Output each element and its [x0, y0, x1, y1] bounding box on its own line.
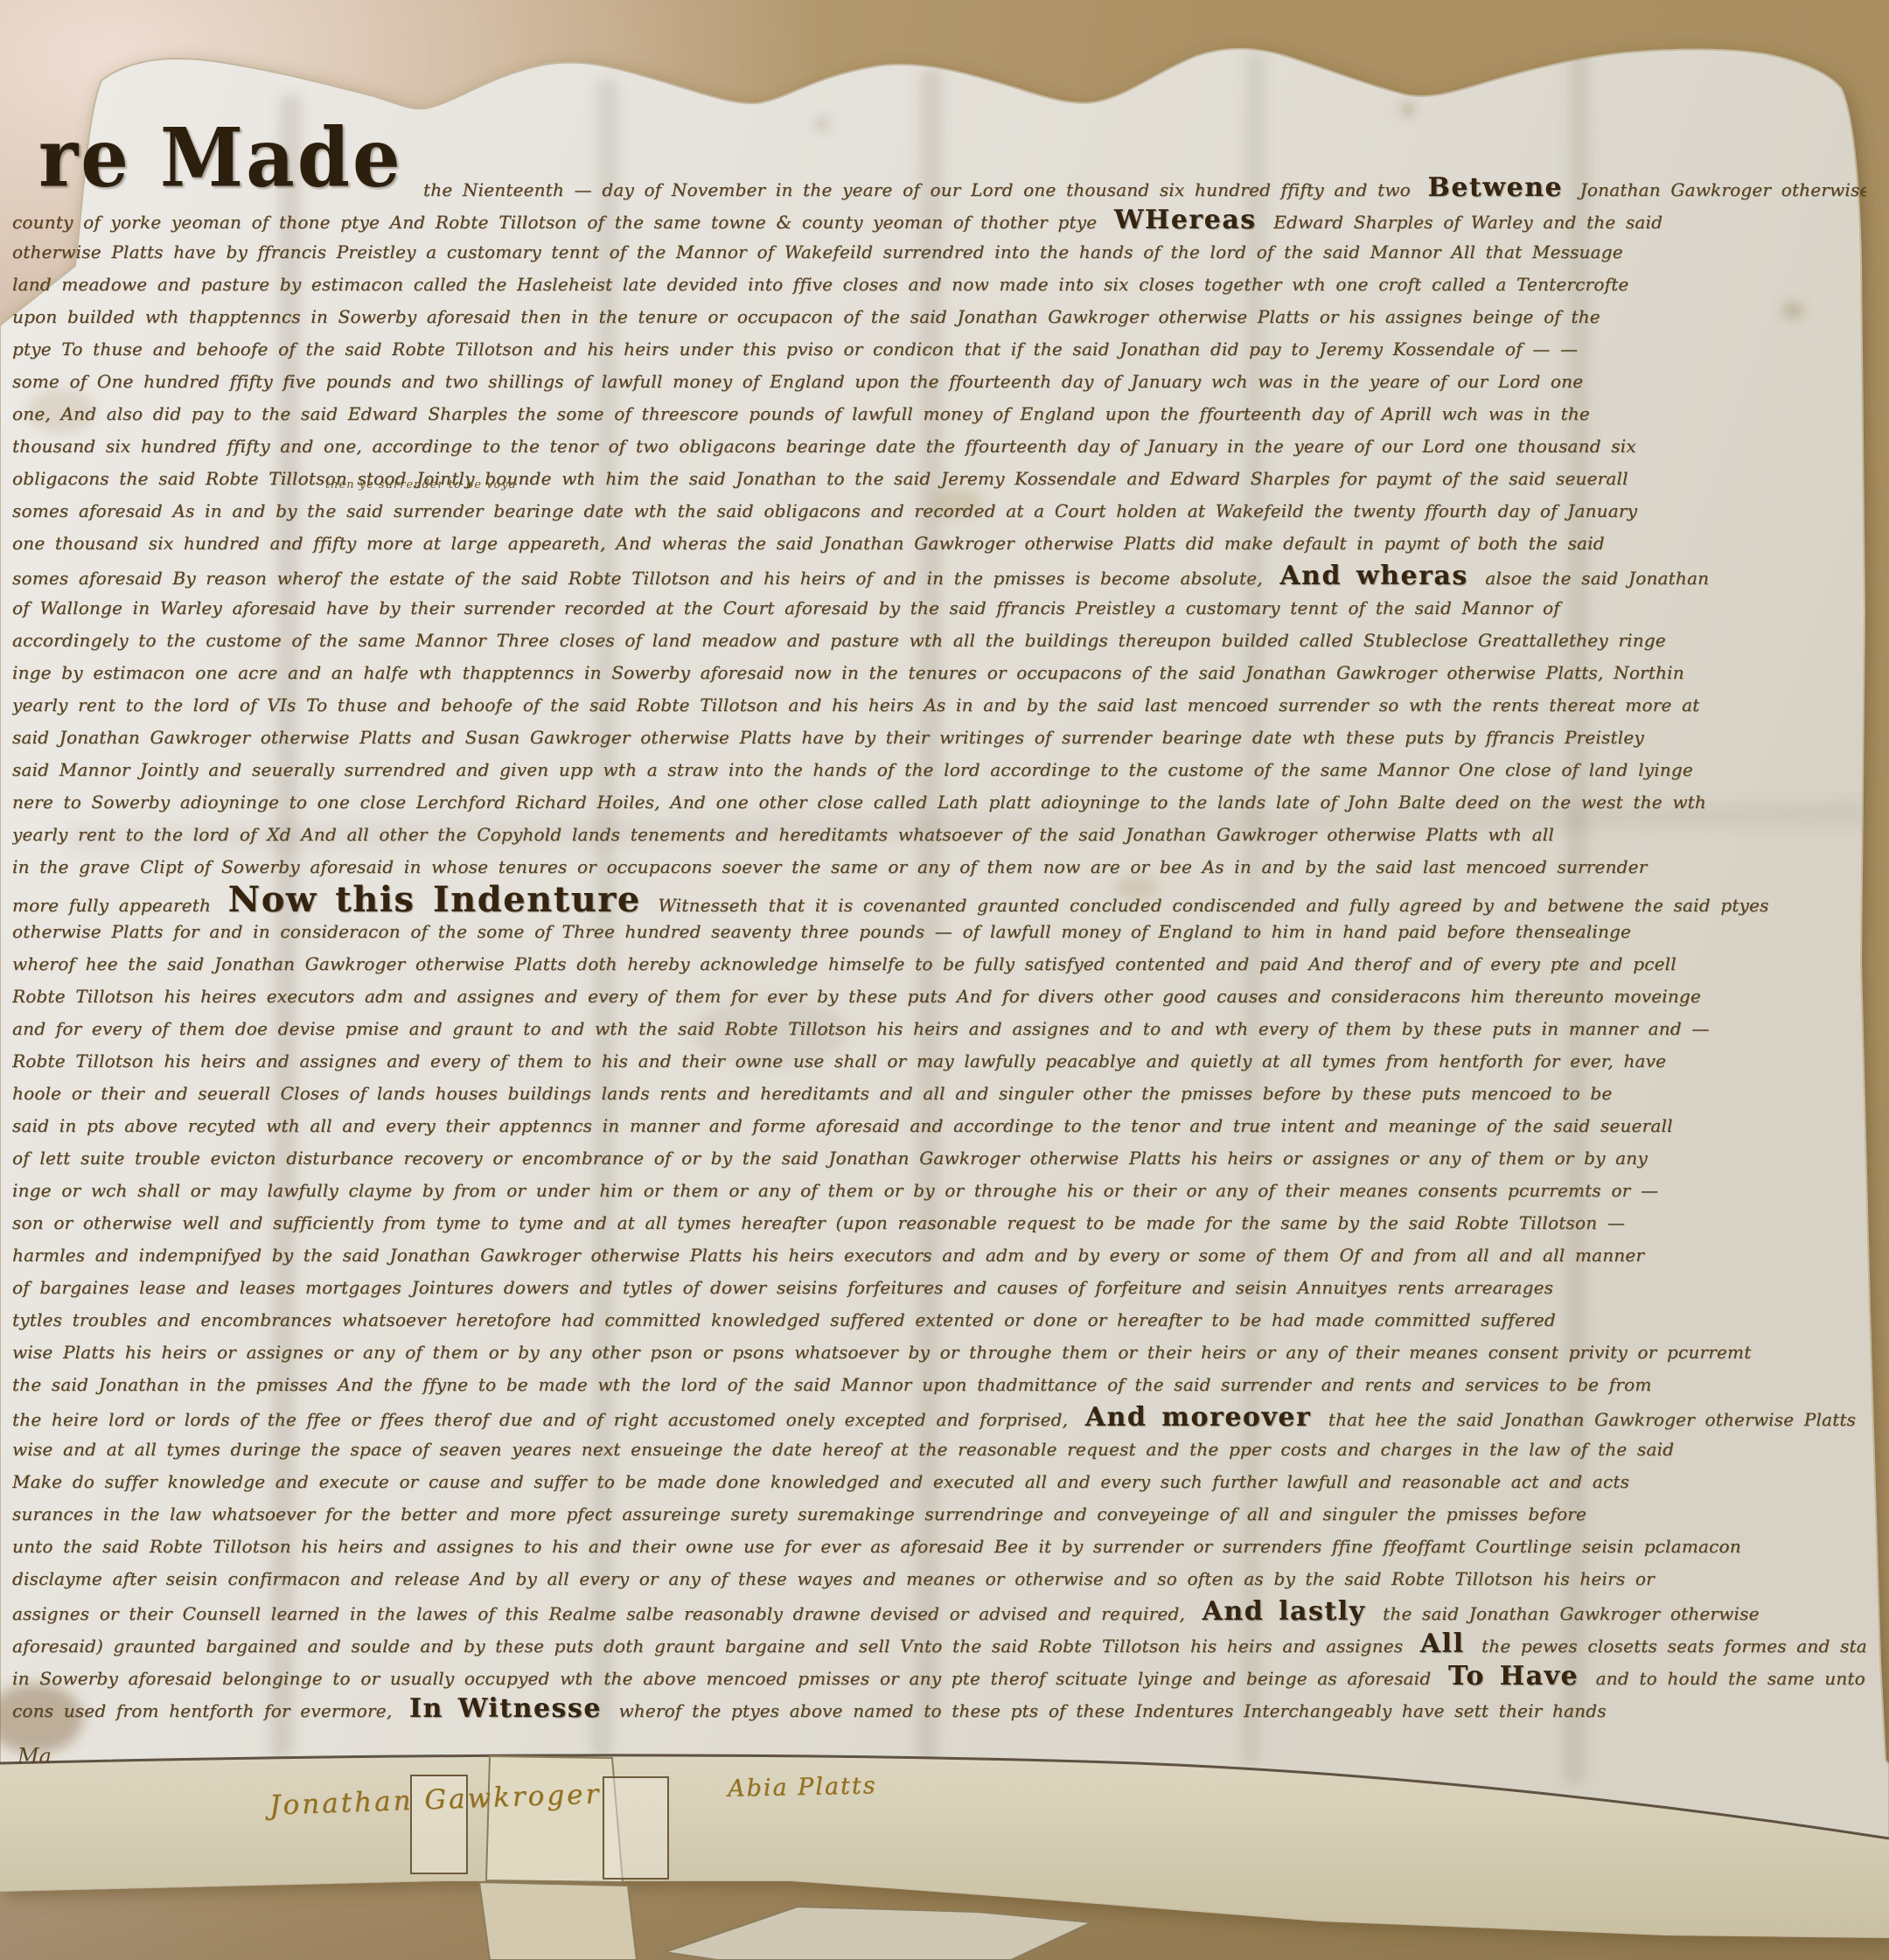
- manuscript-line: wherof hee the said Jonathan Gawkroger o…: [12, 948, 1866, 980]
- script-text: some of One hundred ffifty five pounds a…: [12, 371, 1583, 392]
- manuscript-line: unto the said Robte Tillotson his heirs …: [12, 1531, 1866, 1563]
- script-text: yearly rent to the lord of VIs To thuse …: [12, 694, 1699, 715]
- script-text: more fully appeareth: [12, 895, 221, 916]
- manuscript-line: otherwise Platts have by ffrancis Preist…: [12, 236, 1866, 269]
- script-text: said Mannor Jointly and seuerally surren…: [12, 759, 1693, 780]
- script-text: hoole or their and seuerall Closes of la…: [12, 1083, 1612, 1104]
- script-text: somes aforesaid As in and by the said su…: [12, 500, 1637, 521]
- script-text: of lett suite trouble evicton disturbanc…: [12, 1147, 1648, 1168]
- manuscript-line: of bargaines lease and leases mortgages …: [12, 1272, 1866, 1304]
- manuscript-line: Make do suffer knowledge and execute or …: [12, 1466, 1866, 1498]
- script-text: of Wallonge in Warley aforesaid have by …: [12, 597, 1560, 618]
- script-text: land meadowe and pasture by estimacon ca…: [12, 274, 1628, 295]
- manuscript-line: more fully appeareth Now this Indenture …: [12, 883, 1866, 916]
- manuscript-line: said Mannor Jointly and seuerally surren…: [12, 754, 1866, 786]
- script-text: otherwise Platts for and in consideracon…: [12, 921, 1631, 942]
- script-text: upon builded wth thapptenncs in Sowerby …: [12, 306, 1600, 327]
- script-text: the said Jonathan in the pmisses And the…: [12, 1374, 1652, 1395]
- script-text: obligacons the said Robte Tillotson stoo…: [12, 468, 1628, 489]
- script-text: county of yorke yeoman of thone ptye And…: [12, 212, 1107, 233]
- blackletter-word: Betwene: [1420, 172, 1570, 203]
- manuscript-line: and for every of them doe devise pmise a…: [12, 1013, 1866, 1045]
- manuscript-line: tytles troubles and encombrances whatsoe…: [12, 1304, 1866, 1336]
- manuscript-line: land meadowe and pasture by estimacon ca…: [12, 269, 1866, 301]
- script-text: the pewes closetts seats formes and stal…: [1471, 1636, 1866, 1657]
- blackletter-word: In Witnesse: [402, 1693, 609, 1724]
- script-text: and for every of them doe devise pmise a…: [12, 1018, 1710, 1039]
- manuscript-line: inge by estimacon one acre and an halfe …: [12, 657, 1866, 689]
- manuscript-line: in Sowerby aforesaid belonginge to or us…: [12, 1660, 1866, 1692]
- script-text: the Nienteenth — day of November in the …: [423, 179, 1420, 200]
- script-text: Robte Tillotson his heirs and assignes a…: [12, 1050, 1666, 1071]
- script-text: Jonathan Gawkroger otherwise: [1570, 179, 1866, 200]
- manuscript-line: Robte Tillotson his heirs and assignes a…: [12, 1045, 1866, 1078]
- script-text: harmles and indempnifyed by the said Jon…: [12, 1245, 1644, 1266]
- manuscript-line: hoole or their and seuerall Closes of la…: [12, 1078, 1866, 1110]
- script-text: the heire lord or lords of the ffee or f…: [12, 1409, 1078, 1430]
- script-text: thousand six hundred ffifty and one, acc…: [12, 436, 1636, 457]
- manuscript-line: assignes or their Counsell learned in th…: [12, 1595, 1866, 1628]
- manuscript-line: county of yorke yeoman of thone ptye And…: [12, 204, 1866, 236]
- manuscript-line: the Nienteenth — day of November in the …: [12, 171, 1866, 204]
- script-text: aforesaid) graunted bargained and soulde…: [12, 1636, 1413, 1657]
- blackletter-word: And moreover: [1078, 1402, 1319, 1433]
- manuscript-line: obligacons the said Robte Tillotson stoo…: [12, 463, 1866, 495]
- script-text: in Sowerby aforesaid belonginge to or us…: [12, 1668, 1441, 1689]
- manuscript-line: wise and at all tymes duringe the space …: [12, 1433, 1866, 1466]
- manuscript-line: aforesaid) graunted bargained and soulde…: [12, 1628, 1866, 1660]
- script-text: and to hould the same unto the said Robt…: [1586, 1668, 1866, 1689]
- script-text: surances in the law whatsoever for the b…: [12, 1503, 1586, 1524]
- blackletter-word: All: [1413, 1629, 1472, 1659]
- manuscript-line: the said Jonathan in the pmisses And the…: [12, 1369, 1866, 1401]
- script-text: somes aforesaid By reason wherof the est…: [12, 568, 1272, 589]
- signature-jonathan-gawkroger: Jonathan Gawkroger: [268, 1778, 601, 1821]
- script-text: wise and at all tymes duringe the space …: [12, 1439, 1674, 1460]
- script-text: son or otherwise well and sufficiently f…: [12, 1212, 1625, 1233]
- script-text: inge by estimacon one acre and an halfe …: [12, 662, 1684, 683]
- blackletter-word: WHereas: [1107, 205, 1264, 235]
- blackletter-word: Now this Indenture: [221, 879, 648, 920]
- manuscript-line: one, And also did pay to the said Edward…: [12, 398, 1866, 430]
- manuscript-line: inge or wch shall or may lawfully clayme…: [12, 1175, 1866, 1207]
- script-text: accordingely to the custome of the same …: [12, 630, 1666, 651]
- script-text: said in pts above recyted wth all and ev…: [12, 1115, 1673, 1136]
- script-text: that hee the said Jonathan Gawkroger oth…: [1318, 1409, 1866, 1430]
- script-text: Witnesseth that it is covenanted graunte…: [648, 895, 1769, 916]
- manuscript-line: harmles and indempnifyed by the said Jon…: [12, 1239, 1866, 1272]
- manuscript-line: one thousand six hundred and ffifty more…: [12, 527, 1866, 560]
- signature-abia-platts: Abia Platts: [728, 1772, 877, 1803]
- script-text: cons used from hentforth for evermore,: [12, 1700, 402, 1721]
- script-text: one, And also did pay to the said Edward…: [12, 403, 1590, 424]
- script-text: of bargaines lease and leases mortgages …: [12, 1277, 1553, 1298]
- script-text: otherwise Platts have by ffrancis Preist…: [12, 241, 1623, 262]
- script-text: disclayme after seisin confirmacon and r…: [12, 1568, 1655, 1589]
- manuscript-line: of lett suite trouble evicton disturbanc…: [12, 1142, 1866, 1175]
- manuscript-line: surances in the law whatsoever for the b…: [12, 1498, 1866, 1531]
- manuscript-line: said Jonathan Gawkroger otherwise Platts…: [12, 722, 1866, 754]
- manuscript-line: upon builded wth thapptenncs in Sowerby …: [12, 301, 1866, 333]
- manuscript-line: somes aforesaid By reason wherof the est…: [12, 560, 1866, 592]
- manuscript-line: somes aforesaid As in and by the said su…: [12, 495, 1866, 527]
- manuscript-line: cons used from hentforth for evermore, I…: [12, 1692, 1866, 1725]
- script-text: assignes or their Counsell learned in th…: [12, 1603, 1195, 1624]
- manuscript-line: son or otherwise well and sufficiently f…: [12, 1207, 1866, 1239]
- script-text: ptye To thuse and behoofe of the said Ro…: [12, 338, 1578, 359]
- script-text: unto the said Robte Tillotson his heirs …: [12, 1536, 1741, 1557]
- script-text: nere to Sowerby adioyninge to one close …: [12, 792, 1706, 813]
- blackletter-word: And lastly: [1195, 1596, 1373, 1627]
- manuscript-line: yearly rent to the lord of VIs To thuse …: [12, 689, 1866, 722]
- manuscript-line: ptye To thuse and behoofe of the said Ro…: [12, 333, 1866, 366]
- script-text: said Jonathan Gawkroger otherwise Platts…: [12, 727, 1644, 748]
- script-text: wherof the ptyes above named to these pt…: [609, 1700, 1607, 1721]
- script-text: Make do suffer knowledge and execute or …: [12, 1471, 1629, 1492]
- manuscript-line: of Wallonge in Warley aforesaid have by …: [12, 592, 1866, 624]
- manuscript-line: accordingely to the custome of the same …: [12, 624, 1866, 657]
- manuscript-line: wise Platts his heirs or assignes or any…: [12, 1336, 1866, 1369]
- manuscript-text-block: re Made the Nienteenth — day of November…: [0, 0, 1889, 1960]
- script-text: the said Jonathan Gawkroger otherwise: [1373, 1603, 1760, 1624]
- manuscript-line: some of One hundred ffifty five pounds a…: [12, 366, 1866, 398]
- script-text: Edward Sharples of Warley and the said: [1264, 212, 1663, 233]
- script-text: tytles troubles and encombrances whatsoe…: [12, 1309, 1556, 1330]
- blackletter-word: To Have: [1441, 1661, 1586, 1691]
- script-text: yearly rent to the lord of Xd And all ot…: [12, 824, 1554, 845]
- script-text: inge or wch shall or may lawfully clayme…: [12, 1180, 1658, 1201]
- interlineation-note: then ye surrender to be voyd: [325, 478, 517, 492]
- manuscript-line: Robte Tillotson his heires executors adm…: [12, 980, 1866, 1013]
- manuscript-line: the heire lord or lords of the ffee or f…: [12, 1401, 1866, 1433]
- script-text: in the grave Clipt of Sowerby aforesaid …: [12, 856, 1647, 877]
- manuscript-line: disclayme after seisin confirmacon and r…: [12, 1563, 1866, 1595]
- script-text: alsoe the said Jonathan: [1475, 568, 1709, 589]
- manuscript-line: yearly rent to the lord of Xd And all ot…: [12, 819, 1866, 851]
- script-text: wise Platts his heirs or assignes or any…: [12, 1342, 1751, 1363]
- manuscript-line: nere to Sowerby adioyninge to one close …: [12, 786, 1866, 819]
- script-text: Robte Tillotson his heires executors adm…: [12, 986, 1701, 1007]
- manuscript-line: thousand six hundred ffifty and one, acc…: [12, 430, 1866, 463]
- manuscript-line: said in pts above recyted wth all and ev…: [12, 1110, 1866, 1142]
- photograph: re Made the Nienteenth — day of November…: [0, 0, 1889, 1960]
- script-text: one thousand six hundred and ffifty more…: [12, 533, 1605, 554]
- script-text: wherof hee the said Jonathan Gawkroger o…: [12, 953, 1676, 974]
- blackletter-word: And wheras: [1272, 561, 1474, 591]
- manuscript-line: otherwise Platts for and in consideracon…: [12, 916, 1866, 948]
- catchword: Ma: [17, 1744, 52, 1768]
